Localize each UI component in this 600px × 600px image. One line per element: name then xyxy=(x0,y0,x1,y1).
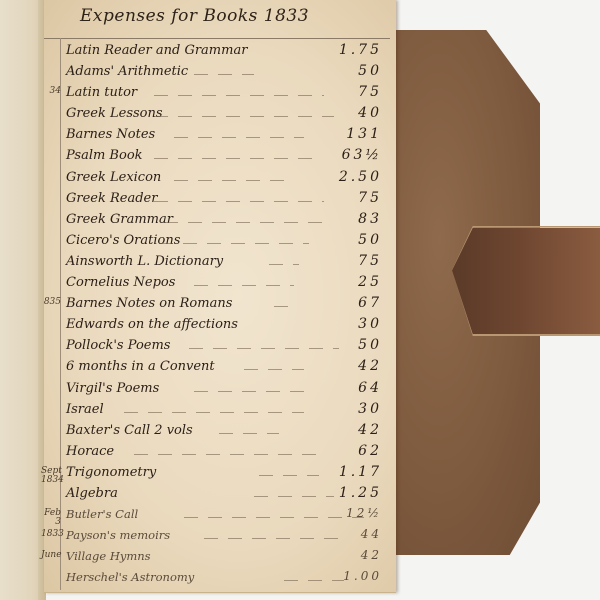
entry-amount: 75 xyxy=(358,253,382,269)
ledger-entry: Baxter's Call 2 vols42 xyxy=(44,420,396,441)
entry-item: Horace xyxy=(66,444,114,459)
entry-item: Trigonometry xyxy=(66,465,156,480)
entry-item: Barnes Notes on Romans xyxy=(66,296,232,311)
entry-amount: 75 xyxy=(358,190,382,206)
entry-date: June xyxy=(41,551,61,560)
entry-item: Village Hymns xyxy=(66,549,151,563)
ledger-entry: Ainsworth L. Dictionary75 xyxy=(44,251,396,272)
entry-item: Cicero's Orations xyxy=(66,233,180,248)
entry-amount: 50 xyxy=(358,63,382,79)
ledger-entry: Herschel's Astronomy1.00 xyxy=(44,567,396,588)
leader-dash xyxy=(204,538,344,539)
leader-dash xyxy=(124,412,304,413)
entry-amount: 50 xyxy=(358,232,382,248)
leader-dash xyxy=(154,158,314,159)
leader-dash xyxy=(244,369,304,370)
leader-dash xyxy=(184,517,364,518)
leader-dash xyxy=(159,243,309,244)
entry-item: Greek Lexicon xyxy=(66,170,161,185)
entry-item: Virgil's Poems xyxy=(66,381,159,396)
ledger-entry: Virgil's Poems64 xyxy=(44,378,396,399)
leader-dash xyxy=(194,74,254,75)
ledger-entries: Latin Reader and Grammar1.75Adams' Arith… xyxy=(44,40,396,588)
entry-amount: 75 xyxy=(358,84,382,100)
leader-dash xyxy=(194,285,294,286)
leader-dash xyxy=(194,391,314,392)
entry-item: Ainsworth L. Dictionary xyxy=(66,254,223,269)
entry-amount: 1.00 xyxy=(343,569,382,583)
ledger-entry: Cornelius Nepos25 xyxy=(44,272,396,293)
leader-dash xyxy=(284,580,344,581)
entry-amount: 83 xyxy=(358,211,382,227)
entry-amount: 67 xyxy=(358,295,382,311)
leader-dash xyxy=(174,180,284,181)
entry-item: Cornelius Nepos xyxy=(66,275,175,290)
ledger-entry: Pollock's Poems50 xyxy=(44,335,396,356)
entry-item: Latin Reader and Grammar xyxy=(66,43,247,58)
leader-dash xyxy=(189,348,339,349)
ledger-entry: Israel30 xyxy=(44,399,396,420)
header-rule xyxy=(44,38,390,39)
ledger-entry: Psalm Book63½ xyxy=(44,145,396,166)
ledger-entry: JuneVillage Hymns42 xyxy=(44,546,396,567)
entry-amount: 50 xyxy=(358,337,382,353)
leader-dash xyxy=(174,137,304,138)
entry-amount: 42 xyxy=(358,358,382,374)
entry-item: Butler's Call xyxy=(66,507,138,521)
entry-item: Greek Grammar xyxy=(66,212,173,227)
entry-item: Greek Lessons xyxy=(66,106,163,121)
entry-item: Israel xyxy=(66,402,104,417)
leader-dash xyxy=(154,95,324,96)
ledger-page: Expenses for Books 1833 Latin Reader and… xyxy=(44,0,396,593)
ledger-entry: 1833Payson's memoirs44 xyxy=(44,525,396,546)
entry-item: Baxter's Call 2 vols xyxy=(66,423,193,438)
entry-amount: 40 xyxy=(358,105,382,121)
ledger-entry: 835Barnes Notes on Romans67 xyxy=(44,293,396,314)
leader-dash xyxy=(259,475,319,476)
entry-amount: 42 xyxy=(361,548,382,562)
entry-amount: 30 xyxy=(358,316,382,332)
leader-dash xyxy=(274,306,294,307)
leader-dash xyxy=(219,433,279,434)
entry-item: Psalm Book xyxy=(66,148,143,163)
entry-amount: 1.75 xyxy=(339,42,382,58)
ledger-entry: 34Latin tutor75 xyxy=(44,82,396,103)
ledger-entry: Greek Grammar83 xyxy=(44,209,396,230)
ledger-entry: Barnes Notes131 xyxy=(44,124,396,145)
entry-amount: 131 xyxy=(346,126,382,142)
ledger-entry: Greek Lexicon2.50 xyxy=(44,167,396,188)
leader-dash xyxy=(134,454,324,455)
entry-amount: 42 xyxy=(358,422,382,438)
entry-amount: 25 xyxy=(358,274,382,290)
ledger-title: Expenses for Books 1833 xyxy=(80,6,309,26)
leader-dash xyxy=(154,201,324,202)
entry-amount: 44 xyxy=(361,527,382,541)
entry-item: Latin tutor xyxy=(66,85,137,100)
leader-dash xyxy=(254,496,334,497)
entry-amount: 63½ xyxy=(342,147,382,163)
ledger-entry: 6 months in a Convent42 xyxy=(44,356,396,377)
ledger-entry: Edwards on the affections30 xyxy=(44,314,396,335)
entry-amount: 1.17 xyxy=(339,464,382,480)
entry-item: Edwards on the affections xyxy=(66,317,238,332)
entry-amount: 62 xyxy=(358,443,382,459)
leader-dash xyxy=(269,264,299,265)
ledger-entry: Algebra1.25 xyxy=(44,483,396,504)
entry-date: 835 xyxy=(41,298,61,307)
ledger-entry: Latin Reader and Grammar1.75 xyxy=(44,40,396,61)
leader-dash xyxy=(164,222,324,223)
entry-item: Algebra xyxy=(66,486,118,501)
entry-item: Greek Reader xyxy=(66,191,157,206)
leather-strap-tab xyxy=(452,228,600,334)
ledger-entry: Greek Reader75 xyxy=(44,188,396,209)
entry-item: Payson's memoirs xyxy=(66,528,170,542)
ledger-entry: Adams' Arithmetic50 xyxy=(44,61,396,82)
ledger-entry: Horace62 xyxy=(44,441,396,462)
leader-dash xyxy=(154,116,334,117)
entry-date: 34 xyxy=(41,87,61,96)
entry-item: Herschel's Astronomy xyxy=(66,570,194,584)
ledger-entry: Feb 3Butler's Call12½ xyxy=(44,504,396,525)
entry-item: 6 months in a Convent xyxy=(66,359,215,374)
entry-amount: 12½ xyxy=(346,506,382,520)
ledger-entry: Sept 1834Trigonometry1.17 xyxy=(44,462,396,483)
entry-item: Pollock's Poems xyxy=(66,338,170,353)
entry-amount: 1.25 xyxy=(339,485,382,501)
entry-item: Adams' Arithmetic xyxy=(66,64,188,79)
ledger-entry: Cicero's Orations50 xyxy=(44,230,396,251)
entry-amount: 30 xyxy=(358,401,382,417)
entry-amount: 2.50 xyxy=(339,169,382,185)
entry-item: Barnes Notes xyxy=(66,127,155,142)
entry-date: 1833 xyxy=(41,530,61,539)
ledger-entry: Greek Lessons40 xyxy=(44,103,396,124)
entry-amount: 64 xyxy=(358,380,382,396)
